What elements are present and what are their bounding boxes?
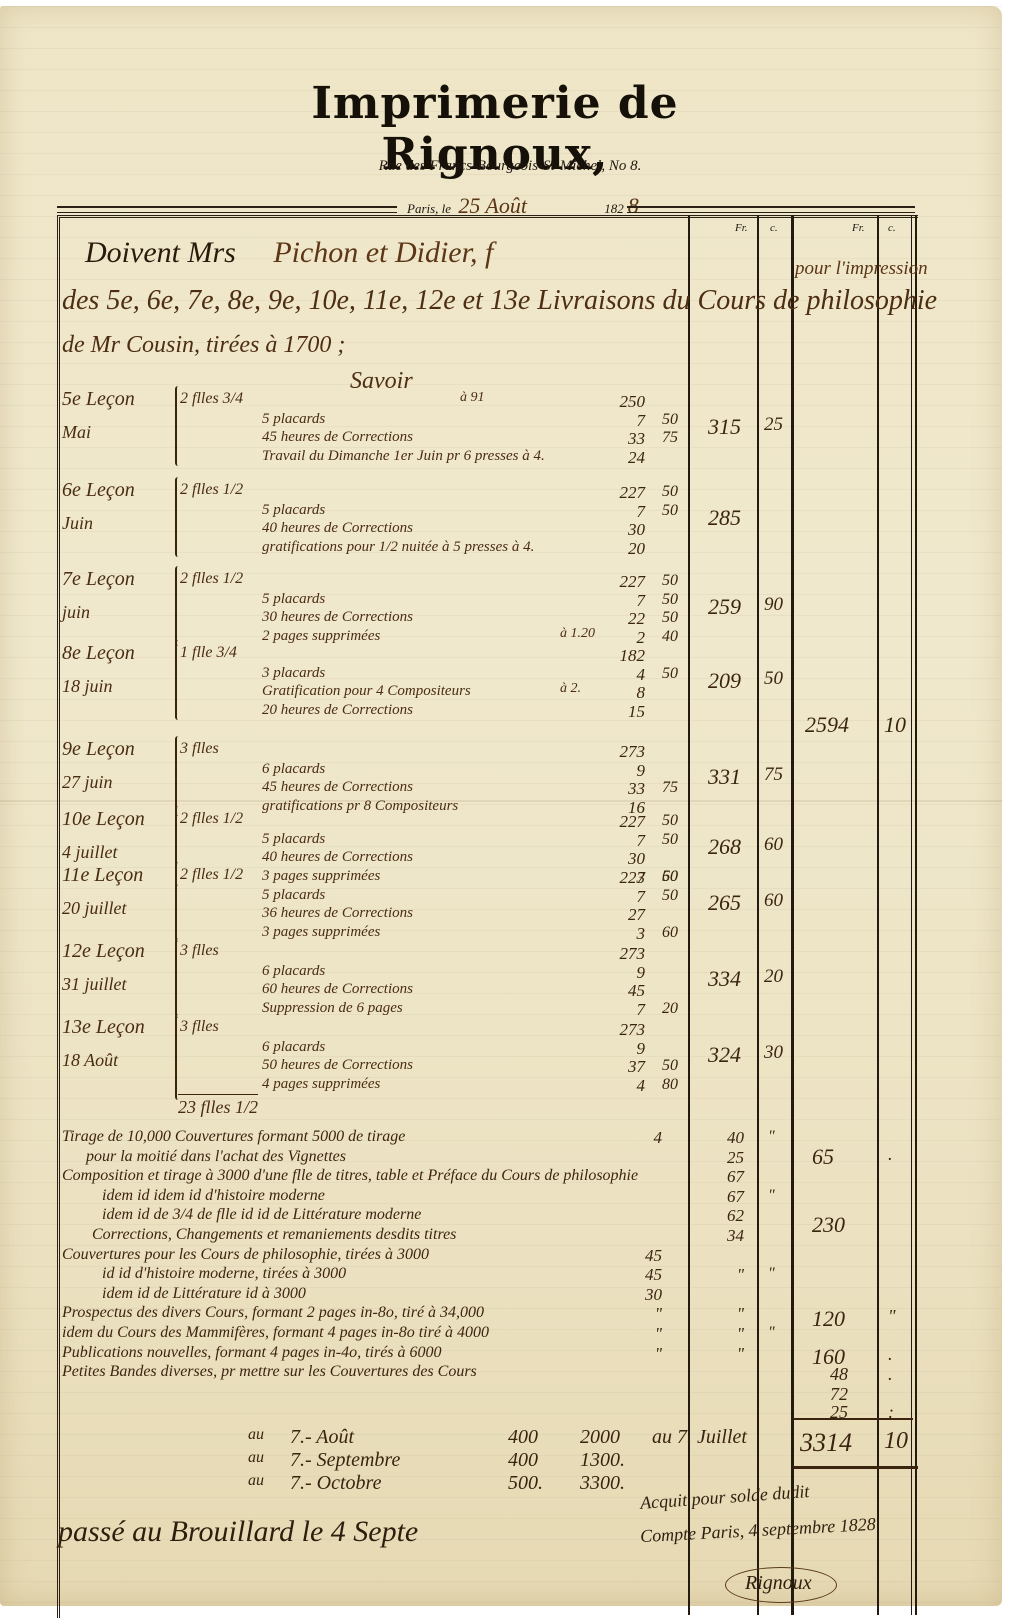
lesson-item-francs: 9 [595,963,645,983]
lesson-item-rate: à 91 [460,390,485,406]
date-year-printed: 182 [604,201,624,216]
lesson-item-francs: 15 [595,702,645,722]
lesson-sheets: 2 flles 1/2 [180,570,243,588]
lesson-subtotal-francs: 285 [708,505,741,531]
lesson-item-rate: à 1.20 [560,626,595,642]
schedule-prefix: au [248,1449,264,1467]
other-item-text: Corrections, Changements et remaniements… [92,1226,456,1244]
column-rule-5a [911,215,912,1615]
other-item-mid: 4 [612,1128,662,1148]
lesson-item-francs: 7 [595,502,645,522]
lesson-item-francs: 7 [595,591,645,611]
lesson-item-text: 40 heures de Corrections [262,849,413,866]
lesson-date: 31 juillet [62,974,127,995]
other-item-text: Publications nouvelles, formant 4 pages … [62,1344,442,1362]
lesson-item-francs: 7 [595,1000,645,1020]
other-item-text: idem du Cours des Mammifères, formant 4 … [62,1324,489,1342]
date-line: Paris, le 25 Août 1828 [57,197,915,217]
lesson-item-francs: 273 [595,742,645,762]
lesson-item-text: Gratification pour 4 Compositeurs [262,683,471,700]
lesson-item-text: 36 heures de Corrections [262,905,413,922]
lesson-brace [175,477,181,557]
lesson-sheets: 3 flles [180,942,219,960]
header-rule-right [627,206,915,213]
lesson-item-centimes: 80 [662,1076,692,1094]
lesson-subtotal-francs: 268 [708,834,741,860]
lesson-item-francs: 22 [595,609,645,629]
lesson-item-francs: 30 [595,520,645,540]
lesson-item-francs: 2 [595,628,645,648]
schedule-prefix: au [248,1426,264,1444]
lesson-item-francs: 9 [595,761,645,781]
other-item-francs: " [694,1344,744,1364]
lesson-subtotal-centimes: 50 [764,668,783,690]
other-item-francs: " [694,1265,744,1285]
schedule-date: 7.- Octobre [290,1472,381,1495]
lesson-item-rate: à 2. [560,681,581,697]
other-item-mid: " [612,1324,662,1344]
lesson-item-text: 40 heures de Corrections [262,520,413,537]
lesson-item-centimes: 75 [662,779,692,797]
lesson-item-text: 3 pages supprimées [262,924,380,941]
col-header-francs-2: Fr. [852,222,865,234]
lesson-label: 6e Leçon [62,479,135,502]
column-rule-2 [757,215,759,1615]
grand-total-centimes: 10 [884,1428,908,1455]
lesson-item-francs: 7 [595,411,645,431]
lesson-label: 10e Leçon [62,808,145,831]
lesson-item-text: Travail du Dimanche 1er Juin pr 6 presse… [262,448,545,465]
lesson-label: 11e Leçon [62,864,143,887]
debtor-name: Pichon et Didier, f [273,236,493,269]
date-prefix: Paris, le [407,201,451,216]
lesson-item-francs: 4 [595,665,645,685]
lesson-item-text: 45 heures de Corrections [262,429,413,446]
schedule-running-total: 1300. [580,1449,625,1472]
lesson-item-francs: 33 [595,429,645,449]
signature-flourish [725,1567,837,1603]
grand-total-francs: 3314 [800,1428,852,1458]
schedule-note: au 7. Juillet [652,1426,747,1449]
lesson-subtotal-centimes: 75 [764,764,783,786]
lesson-sheets: 3 flles [180,740,219,758]
column-rule-5b [915,215,917,1615]
lesson-item-text: 3 pages supprimées [262,868,380,885]
column-rule-4 [877,215,879,1615]
other-item-francs: 67 [694,1167,744,1187]
lesson-item-francs: 273 [595,944,645,964]
lesson-brace [175,1014,181,1100]
lesson-item-centimes: 60 [662,924,692,942]
lesson-item-francs: 227 [595,572,645,592]
lesson-item-francs: 37 [595,1057,645,1077]
other-item-francs: " [694,1324,744,1344]
lesson-brace [175,938,181,1018]
lesson-item-centimes: 50 [662,887,692,905]
other-item-text: Tirage de 10,000 Couvertures formant 500… [62,1128,405,1146]
lesson-date: 20 juillet [62,898,127,919]
lesson-item-text: 4 pages supprimées [262,1076,380,1093]
other-item-mid: " [612,1344,662,1364]
col-header-francs-1: Fr. [735,222,748,234]
lesson-item-text: 6 placards [262,761,325,778]
lesson-item-centimes: 50 [662,591,692,609]
lesson-brace [175,386,181,466]
lesson-brace [175,640,181,720]
lesson-item-text: 50 heures de Corrections [262,1057,413,1074]
lessons-total-francs: 2594 [805,712,849,738]
other-item-text: idem id de 3/4 de flle id id de Littérat… [102,1206,421,1224]
group-total-francs: 230 [812,1212,845,1238]
lesson-item-text: 5 placards [262,502,325,519]
column-rule-3 [791,215,794,1615]
schedule-running-total: 3300. [580,1472,625,1495]
schedule-amount: 400 [508,1449,538,1472]
lesson-item-francs: 9 [595,1039,645,1059]
lesson-item-centimes: 40 [662,628,692,646]
description-line-2: des 5e, 6e, 7e, 8e, 9e, 10e, 11e, 12e et… [62,285,937,317]
lesson-date: 4 juillet [62,842,118,863]
lesson-item-francs: 27 [595,905,645,925]
lesson-date: 18 juin [62,676,113,697]
lessons-total-centimes: 10 [884,712,906,738]
sheets-total: 23 flles 1/2 [178,1094,258,1118]
lesson-item-centimes: 20 [662,1000,692,1018]
lesson-item-text: 60 heures de Corrections [262,981,413,998]
group-total-centimes: . [888,1364,893,1385]
other-item-text: Prospectus des divers Cours, formant 2 p… [62,1304,484,1322]
other-item-centimes: " [768,1128,798,1146]
debtor-purpose: pour l'impression [795,258,928,280]
col-header-centimes-1: c. [770,222,778,234]
other-item-text: idem id de Littérature id à 3000 [102,1285,306,1303]
lesson-subtotal-centimes: 25 [764,414,783,436]
group-total-francs: 65 [812,1144,834,1170]
grand-total-rule-top [793,1418,913,1420]
lesson-item-centimes: 50 [662,411,692,429]
lesson-item-text: 2 pages supprimées [262,628,380,645]
lesson-sheets: 2 flles 1/2 [180,810,243,828]
lesson-subtotal-centimes: 60 [764,890,783,912]
lesson-label: 7e Leçon [62,568,135,591]
lesson-sheets: 2 flles 1/2 [180,866,243,884]
other-item-mid: 30 [612,1285,662,1305]
header-rule-left [57,206,397,213]
lesson-item-centimes: 50 [662,483,692,501]
lesson-item-centimes: 50 [662,831,692,849]
other-item-francs: 40 [694,1128,744,1148]
lesson-item-francs: 7 [595,831,645,851]
lesson-subtotal-francs: 209 [708,668,741,694]
lesson-item-text: 6 placards [262,963,325,980]
lesson-date: juin [62,602,90,623]
other-item-centimes: " [768,1324,798,1342]
lesson-item-centimes: 50 [662,812,692,830]
other-item-text: pour la moitié dans l'achat des Vignette… [86,1148,346,1166]
lesson-item-francs: 45 [595,981,645,1001]
other-item-text: Petites Bandes diverses, pr mettre sur l… [62,1363,477,1381]
other-item-text: Composition et tirage à 3000 d'une flle … [62,1167,638,1185]
lesson-item-francs: 24 [595,448,645,468]
lesson-item-centimes: 50 [662,572,692,590]
lesson-item-francs: 33 [595,779,645,799]
lesson-item-centimes: 50 [662,1057,692,1075]
lesson-item-text: 6 placards [262,1039,325,1056]
group-total-francs: 48 [830,1364,848,1385]
other-item-text: idem id idem id d'histoire moderne [102,1187,325,1205]
schedule-date: 7.- Septembre [290,1449,400,1472]
ledger-frame [57,215,918,1618]
other-item-centimes: " [768,1187,798,1205]
lesson-item-text: 5 placards [262,887,325,904]
lesson-label: 8e Leçon [62,642,135,665]
debtor-label: Doivent Mrs [85,236,236,269]
lesson-subtotal-francs: 324 [708,1042,741,1068]
lesson-label: 13e Leçon [62,1016,145,1039]
lesson-item-centimes: 50 [662,665,692,683]
lesson-sheets: 2 flles 3/4 [180,390,243,408]
schedule-prefix: au [248,1472,264,1490]
lesson-item-francs: 273 [595,1020,645,1040]
lesson-item-text: gratifications pr 8 Compositeurs [262,798,458,815]
lesson-subtotal-francs: 315 [708,414,741,440]
other-item-text: Couvertures pour les Cours de philosophi… [62,1246,429,1264]
other-item-francs: 62 [694,1206,744,1226]
lesson-label: 9e Leçon [62,738,135,761]
schedule-date: 7.- Août [290,1426,354,1449]
lesson-subtotal-francs: 334 [708,966,741,992]
lesson-item-francs: 3 [595,924,645,944]
lesson-date: 27 juin [62,772,113,793]
lesson-item-francs: 30 [595,849,645,869]
group-total-centimes: . [888,1144,893,1165]
lesson-item-text: 20 heures de Corrections [262,702,413,719]
other-item-text: id id d'histoire moderne, tirées à 3000 [102,1265,346,1283]
lesson-sheets: 2 flles 1/2 [180,481,243,499]
lesson-item-francs: 227 [595,483,645,503]
lesson-label: 12e Leçon [62,940,145,963]
schedule-amount: 500. [508,1472,543,1495]
other-item-mid: " [612,1304,662,1324]
lesson-item-francs: 182 [595,646,645,666]
other-item-centimes: " [768,1265,798,1283]
lesson-item-centimes: 50 [662,502,692,520]
group-total-centimes: . [888,1344,893,1365]
col-header-centimes-2: c. [888,222,896,234]
lesson-item-text: 5 placards [262,411,325,428]
other-item-francs: " [694,1304,744,1324]
lesson-item-text: 5 placards [262,831,325,848]
other-item-francs: 34 [694,1226,744,1246]
other-item-mid: 45 [612,1265,662,1285]
schedule-amount: 400 [508,1426,538,1449]
lesson-subtotal-francs: 331 [708,764,741,790]
lesson-item-francs: 227 [595,812,645,832]
lesson-subtotal-francs: 259 [708,594,741,620]
description-line-3: de Mr Cousin, tirées à 1700 ; [62,332,345,359]
lesson-date: Juin [62,513,93,534]
lesson-subtotal-francs: 265 [708,890,741,916]
lesson-sheets: 1 flle 3/4 [180,644,237,662]
grand-total-rule-bottom [793,1466,918,1469]
lesson-item-francs: 8 [595,683,645,703]
lesson-subtotal-centimes: 20 [764,966,783,988]
lesson-subtotal-centimes: 30 [764,1042,783,1064]
other-item-mid: 45 [612,1246,662,1266]
lesson-date: Mai [62,422,91,443]
lesson-item-centimes: 50 [662,609,692,627]
schedule-running-total: 2000 [580,1426,620,1449]
lesson-item-francs: 20 [595,539,645,559]
ledger-note: passé au Brouillard le 4 Septe [58,1515,418,1549]
lesson-brace [175,862,181,942]
lesson-date: 18 Août [62,1050,118,1071]
debtor-line: Doivent Mrs Pichon et Didier, f [85,236,493,270]
lesson-item-text: 5 placards [262,591,325,608]
lesson-item-francs: 250 [595,392,645,412]
lesson-item-francs: 227 [595,868,645,888]
other-item-francs: 67 [694,1187,744,1207]
lesson-item-text: 3 placards [262,665,325,682]
lesson-item-centimes: 50 [662,868,692,886]
lesson-item-francs: 4 [595,1076,645,1096]
lesson-item-text: 30 heures de Corrections [262,609,413,626]
lesson-brace [175,736,181,816]
lesson-item-text: gratifications pour 1/2 nuitée à 5 press… [262,539,534,556]
lesson-subtotal-centimes: 90 [764,594,783,616]
savoir-heading: Savoir [350,368,413,395]
lesson-label: 5e Leçon [62,388,135,411]
letterhead-address: Rue des Francs-Bourgeois-St-Michel, No 8… [270,158,750,175]
lesson-item-text: Suppression de 6 pages [262,1000,403,1017]
group-total-centimes: " [888,1306,896,1327]
group-total-francs: 120 [812,1306,845,1332]
other-item-francs: 25 [694,1148,744,1168]
lesson-item-text: 45 heures de Corrections [262,779,413,796]
lesson-sheets: 3 flles [180,1018,219,1036]
lesson-brace [175,566,181,646]
lesson-item-centimes: 75 [662,429,692,447]
lesson-item-francs: 7 [595,887,645,907]
lesson-subtotal-centimes: 60 [764,834,783,856]
